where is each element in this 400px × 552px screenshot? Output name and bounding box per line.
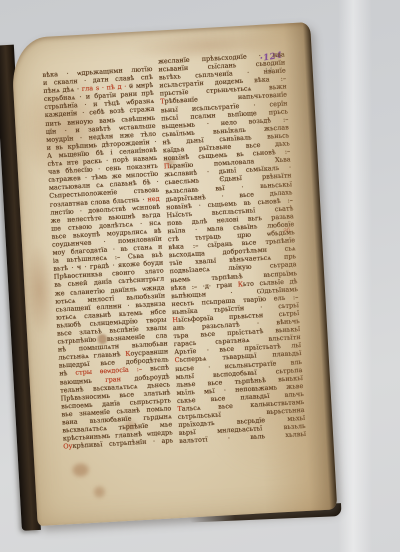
manuscript-page: ·124 14 ѿб вѣка · ѡдрьжащнмн лютїюи сква… xyxy=(10,22,337,526)
text-column-left: вѣка · ѡдрьжащнмн лютїюи сквалн · датн с… xyxy=(42,65,173,451)
stain xyxy=(94,486,106,498)
manuscript-book: ·124 14 ѿб вѣка · ѡдрьжащнмн лютїюи сква… xyxy=(0,19,354,534)
stain xyxy=(72,463,89,477)
text-column-right: жесланїе прѣвьсходнїе · нваисьванїн сьїс… xyxy=(158,50,306,445)
manuscript-photo: { "page": { "folio_stamp": "·124", "penc… xyxy=(0,0,400,552)
